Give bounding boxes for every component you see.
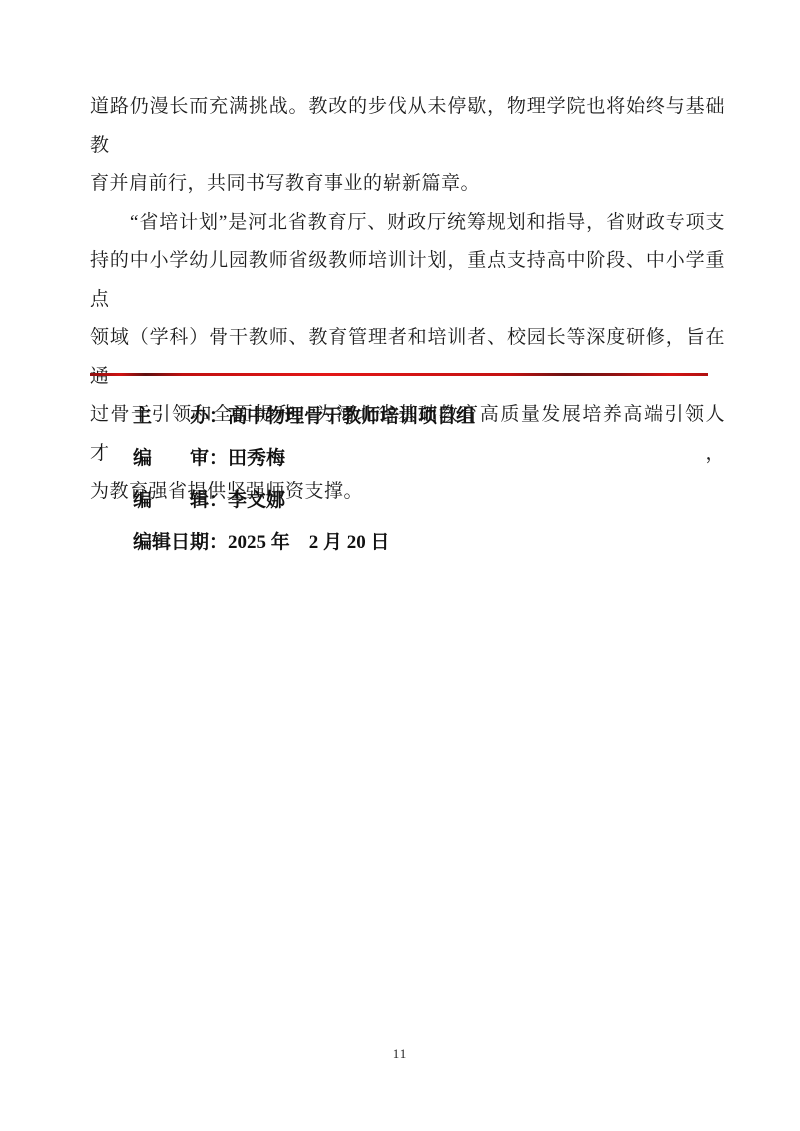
paragraph2-line3: 领域（学科）骨干教师、教育管理者和培训者、校园长等深度研修，旨在通 — [90, 319, 725, 396]
paragraph1-line2: 育并肩前行，共同书写教育事业的崭新篇章。 — [90, 165, 725, 204]
paragraph2-line1: “省培计划”是河北省教育厅、财政厅统筹规划和指导，省财政专项支 — [90, 204, 725, 243]
colophon-host-value: 高中物理骨干教师培训项目组 — [228, 406, 475, 427]
colophon-editor-value: 李文娜 — [228, 490, 285, 511]
red-divider-line — [90, 373, 708, 376]
colophon-block: 主 办：高中物理骨干教师培训项目组 编 审：田秀梅 编 辑：李文娜 编辑日期：2… — [133, 396, 475, 564]
colophon-reviewer-label: 编 审： — [133, 448, 228, 469]
page-number: 11 — [0, 1046, 800, 1062]
colophon-reviewer-value: 田秀梅 — [228, 448, 285, 469]
colophon-date-label: 编辑日期： — [133, 532, 228, 553]
paragraph2-line2: 持的中小学幼儿园教师省级教师培训计划，重点支持高中阶段、中小学重点 — [90, 242, 725, 319]
colophon-host-row: 主 办：高中物理骨干教师培训项目组 — [133, 396, 475, 438]
document-page: 道路仍漫长而充满挑战。教改的步伐从未停歇，物理学院也将始终与基础教 育并肩前行，… — [0, 0, 800, 1131]
colophon-reviewer-row: 编 审：田秀梅 — [133, 438, 475, 480]
colophon-date-row: 编辑日期：2025 年 2 月 20 日 — [133, 522, 475, 564]
colophon-editor-label: 编 辑： — [133, 490, 228, 511]
paragraph1-line1: 道路仍漫长而充满挑战。教改的步伐从未停歇，物理学院也将始终与基础教 — [90, 88, 725, 165]
colophon-editor-row: 编 辑：李文娜 — [133, 480, 475, 522]
colophon-date-value: 2025 年 2 月 20 日 — [228, 532, 390, 553]
colophon-host-label: 主 办： — [133, 406, 228, 427]
